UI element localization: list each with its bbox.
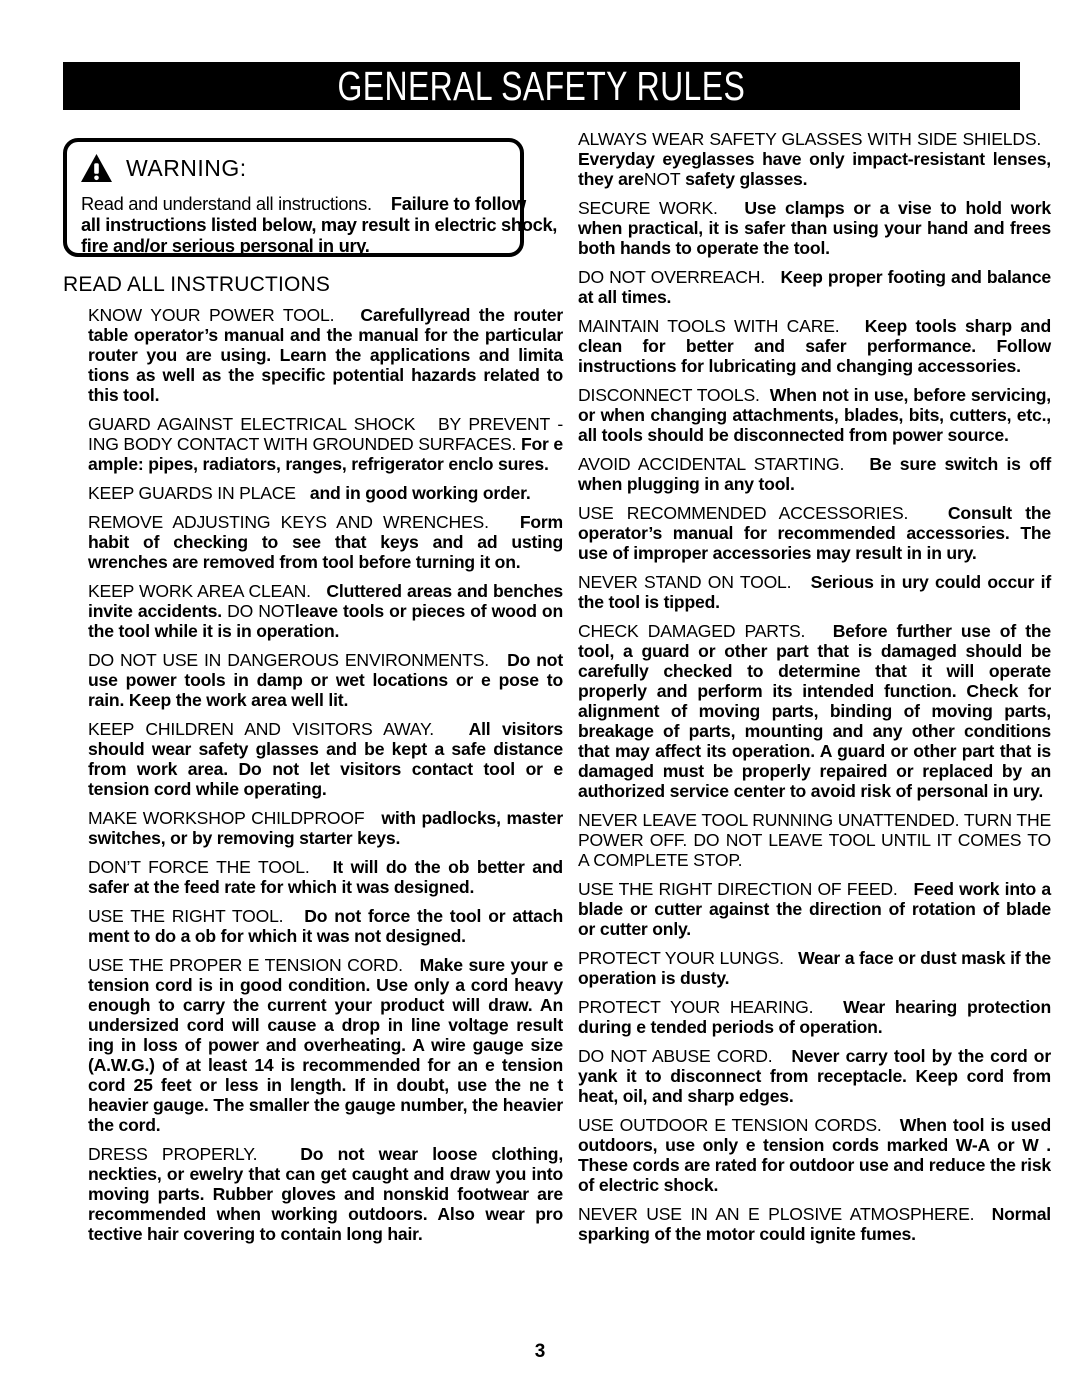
manual-page: GENERAL SAFETY RULES WARNING: Read and u… xyxy=(0,0,1080,1397)
rule-lead-text: AVOID ACCIDENTAL STARTING. xyxy=(578,454,869,474)
safety-rule: DO NOT OVERREACH. Keep proper footing an… xyxy=(578,267,1051,307)
page-number: 3 xyxy=(0,1341,1080,1363)
rule-bold-text: and in good working order. xyxy=(310,483,531,503)
rule-lead-text: KEEP CHILDREN AND VISITORS AWAY. xyxy=(88,719,469,739)
right-column: ALWAYS WEAR SAFETY GLASSES WITH SIDE SHI… xyxy=(578,129,1051,1253)
safety-rule: ALWAYS WEAR SAFETY GLASSES WITH SIDE SHI… xyxy=(578,129,1051,189)
page-title: GENERAL SAFETY RULES xyxy=(338,63,746,110)
safety-rule: USE RECOMMENDED ACCESSORIES. Consult the… xyxy=(578,503,1051,563)
safety-rule: KEEP GUARDS IN PLACE and in good working… xyxy=(88,483,563,503)
rule-lead-text: KNOW YOUR POWER TOOL. xyxy=(88,305,360,325)
warning-label: WARNING: xyxy=(126,155,247,182)
rule-bold-text: safety glasses. xyxy=(680,169,807,189)
rule-lead-text: DISCONNECT TOOLS. xyxy=(578,385,770,405)
rule-lead-text: MAINTAIN TOOLS WITH CARE. xyxy=(578,316,865,336)
safety-rule: GUARD AGAINST ELECTRICAL SHOCK BY PREVEN… xyxy=(88,414,563,474)
safety-rule: PROTECT YOUR HEARING. Wear hearing prote… xyxy=(578,997,1051,1037)
rule-lead-text: PROTECT YOUR LUNGS. xyxy=(578,948,798,968)
rule-lead-text: NEVER LEAVE TOOL RUNNING UNATTENDED. TUR… xyxy=(578,810,1051,870)
safety-rule: MAKE WORKSHOP CHILDPROOF with padlocks, … xyxy=(88,808,563,848)
safety-rule: CHECK DAMAGED PARTS. Before further use … xyxy=(578,621,1051,801)
rule-lead-text: DO NOT USE IN DANGEROUS ENVIRONMENTS. xyxy=(88,650,507,670)
safety-rule: USE THE RIGHT TOOL. Do not force the too… xyxy=(88,906,563,946)
warning-text: Read and understand all instructions. Fa… xyxy=(81,193,520,256)
rule-lead-text: SECURE WORK. xyxy=(578,198,744,218)
read-all-instructions-heading: READ ALL INSTRUCTIONS xyxy=(63,273,563,297)
safety-rule: USE THE RIGHT DIRECTION OF FEED. Feed wo… xyxy=(578,879,1051,939)
safety-rule: DRESS PROPERLY. Do not wear loose clothi… xyxy=(88,1144,563,1244)
rule-bold-text: Before further use of the tool, a guard … xyxy=(578,621,1051,801)
rule-lead-text: PROTECT YOUR HEARING. xyxy=(578,997,843,1017)
rule-bold-text: Failure to follow xyxy=(391,193,526,214)
rule-lead-text: REMOVE ADJUSTING KEYS AND WRENCHES. xyxy=(88,512,520,532)
rule-lead-text: DON’T FORCE THE TOOL. xyxy=(88,857,333,877)
rule-lead-text: DO NOT ABUSE CORD. xyxy=(578,1046,791,1066)
rule-lead-text: NOT xyxy=(644,169,681,189)
safety-rule: REMOVE ADJUSTING KEYS AND WRENCHES. Form… xyxy=(88,512,563,572)
rule-bold-text: Make sure your e tension cord is in good… xyxy=(88,955,563,1135)
left-column: READ ALL INSTRUCTIONS KNOW YOUR POWER TO… xyxy=(63,273,563,1253)
rule-lead-text: KEEP GUARDS IN PLACE xyxy=(88,483,310,503)
safety-rule: SECURE WORK. Use clamps or a vise to hol… xyxy=(578,198,1051,258)
warning-header: WARNING: xyxy=(81,150,520,186)
rule-bold-text: fire and/or serious personal in ury. xyxy=(81,235,370,256)
safety-rule: AVOID ACCIDENTAL STARTING. Be sure switc… xyxy=(578,454,1051,494)
safety-rule: all instructions listed below, may resul… xyxy=(81,214,520,235)
safety-rule: DON’T FORCE THE TOOL. It will do the ob … xyxy=(88,857,563,897)
section-header-bar: GENERAL SAFETY RULES xyxy=(63,62,1020,110)
warning-triangle-icon xyxy=(81,154,112,182)
rule-lead-text: USE THE RIGHT DIRECTION OF FEED. xyxy=(578,879,914,899)
safety-rule: USE THE PROPER E TENSION CORD. Make sure… xyxy=(88,955,563,1135)
rule-lead-text: DO NOT xyxy=(227,601,295,621)
rule-lead-text: ALWAYS WEAR SAFETY GLASSES WITH SIDE SHI… xyxy=(578,129,1051,149)
left-rules-list: KNOW YOUR POWER TOOL. Carefullyread the … xyxy=(88,305,563,1244)
safety-rule: USE OUTDOOR E TENSION CORDS. When tool i… xyxy=(578,1115,1051,1195)
safety-rule: MAINTAIN TOOLS WITH CARE. Keep tools sha… xyxy=(578,316,1051,376)
rule-lead-text: Read and understand all instructions. xyxy=(81,193,391,214)
safety-rule: NEVER LEAVE TOOL RUNNING UNATTENDED. TUR… xyxy=(578,810,1051,870)
safety-rule: DO NOT USE IN DANGEROUS ENVIRONMENTS. Do… xyxy=(88,650,563,710)
rule-lead-text: KEEP WORK AREA CLEAN. xyxy=(88,581,326,601)
rule-lead-text: CHECK DAMAGED PARTS. xyxy=(578,621,833,641)
rule-lead-text: NEVER STAND ON TOOL. xyxy=(578,572,811,592)
rule-lead-text: USE RECOMMENDED ACCESSORIES. xyxy=(578,503,948,523)
safety-rule: DISCONNECT TOOLS. When not in use, befor… xyxy=(578,385,1051,445)
safety-rule: NEVER STAND ON TOOL. Serious in ury coul… xyxy=(578,572,1051,612)
rule-lead-text: DRESS PROPERLY. xyxy=(88,1144,300,1164)
safety-rule: PROTECT YOUR LUNGS. Wear a face or dust … xyxy=(578,948,1051,988)
safety-rule: fire and/or serious personal in ury. xyxy=(81,235,520,256)
rule-bold-text: all instructions listed below, may resul… xyxy=(81,214,557,235)
safety-rule: KNOW YOUR POWER TOOL. Carefullyread the … xyxy=(88,305,563,405)
right-rules-list: ALWAYS WEAR SAFETY GLASSES WITH SIDE SHI… xyxy=(578,129,1051,1244)
safety-rule: Read and understand all instructions. Fa… xyxy=(81,193,520,214)
safety-rule: KEEP WORK AREA CLEAN. Cluttered areas an… xyxy=(88,581,563,641)
rule-lead-text: DO NOT OVERREACH. xyxy=(578,267,781,287)
rule-lead-text: GUARD AGAINST ELECTRICAL SHOCK BY PREVEN… xyxy=(88,414,563,454)
warning-box: WARNING: Read and understand all instruc… xyxy=(63,138,524,257)
rule-lead-text: USE THE PROPER E TENSION CORD. xyxy=(88,955,420,975)
rule-lead-text: USE THE RIGHT TOOL. xyxy=(88,906,304,926)
rule-lead-text: MAKE WORKSHOP CHILDPROOF xyxy=(88,808,381,828)
rule-lead-text: NEVER USE IN AN E PLOSIVE ATMOSPHERE. xyxy=(578,1204,992,1224)
safety-rule: NEVER USE IN AN E PLOSIVE ATMOSPHERE. No… xyxy=(578,1204,1051,1244)
safety-rule: DO NOT ABUSE CORD. Never carry tool by t… xyxy=(578,1046,1051,1106)
rule-lead-text: USE OUTDOOR E TENSION CORDS. xyxy=(578,1115,900,1135)
safety-rule: KEEP CHILDREN AND VISITORS AWAY. All vis… xyxy=(88,719,563,799)
